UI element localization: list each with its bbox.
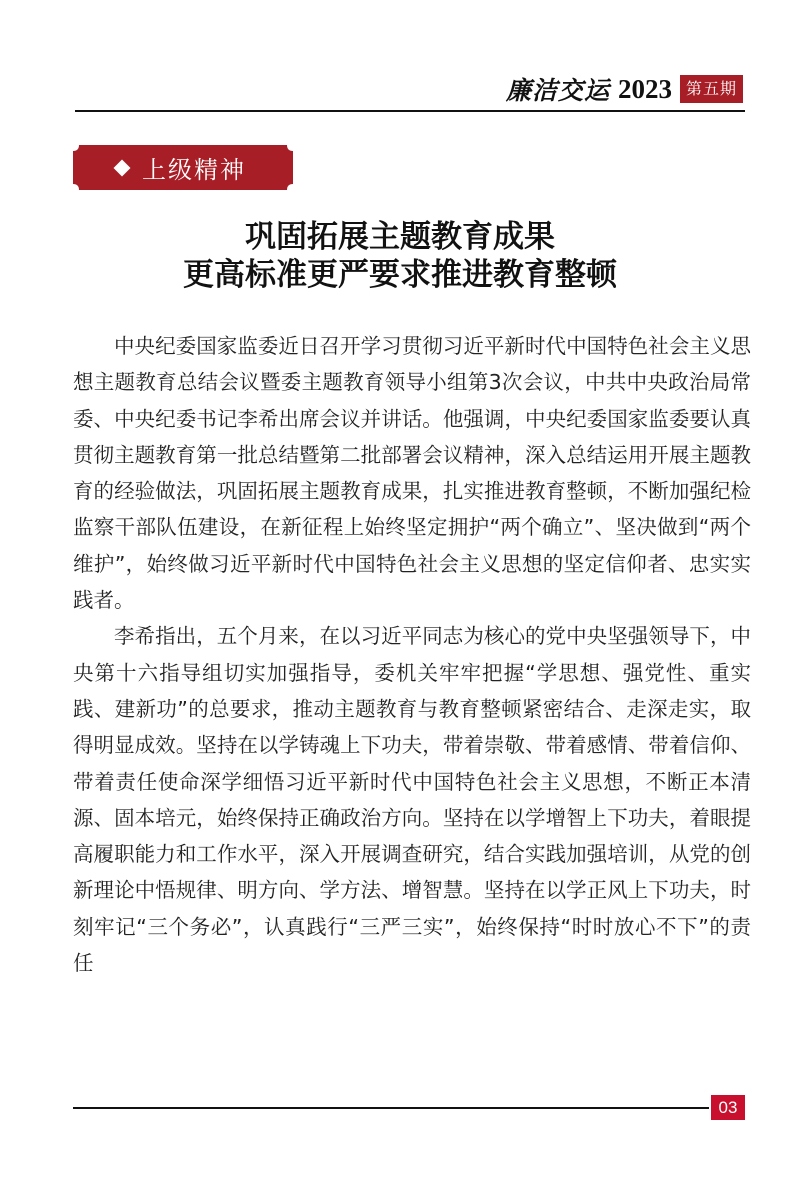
issue-badge: 第五期 — [680, 75, 743, 103]
article-title-line1: 巩固拓展主题教育成果 — [0, 218, 800, 256]
section-badge: 上级精神 — [73, 145, 293, 190]
article-title: 巩固拓展主题教育成果 更高标准更严要求推进教育整顿 — [0, 218, 800, 294]
diamond-icon — [114, 159, 131, 176]
article-title-line2: 更高标准更严要求推进教育整顿 — [0, 256, 800, 294]
page-number: 03 — [711, 1095, 745, 1120]
paragraph: 中央纪委国家监委近日召开学习贯彻习近平新时代中国特色社会主义思想主题教育总结会议… — [73, 328, 751, 618]
magazine-year: 2023 — [618, 74, 672, 105]
footer-rule — [73, 1107, 709, 1109]
section-label: 上级精神 — [142, 150, 246, 185]
magazine-header: 廉洁交运 2023 第五期 — [506, 72, 743, 106]
article-body: 中央纪委国家监委近日召开学习贯彻习近平新时代中国特色社会主义思想主题教育总结会议… — [73, 328, 751, 981]
magazine-title: 廉洁交运 — [506, 71, 610, 107]
header-rule — [75, 110, 745, 112]
paragraph: 李希指出，五个月来，在以习近平同志为核心的党中央坚强领导下，中央第十六指导组切实… — [73, 618, 751, 981]
